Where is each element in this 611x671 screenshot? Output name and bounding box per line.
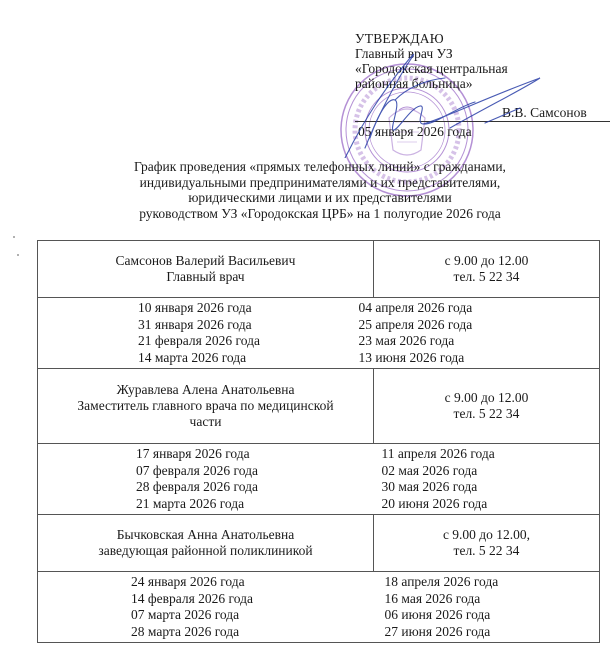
date-item: 27 июня 2026 года — [385, 624, 600, 641]
person-cell: Журавлева Алена Анатольевна Заместитель … — [38, 369, 374, 444]
document-title: График проведения «прямых телефонных лин… — [60, 159, 580, 221]
table-row: Журавлева Алена Анатольевна Заместитель … — [38, 369, 600, 444]
dates-column-left: 10 января 2026 года 31 января 2026 года … — [38, 300, 319, 366]
call-hours: с 9.00 до 12.00 — [374, 390, 599, 406]
date-item: 17 января 2026 года — [136, 446, 319, 463]
person-cell: Самсонов Валерий Васильевич Главный врач — [38, 241, 374, 298]
table-row: Самсонов Валерий Васильевич Главный врач… — [38, 241, 600, 298]
title-line: юридическими лицами и их представителями — [60, 190, 580, 206]
dates-column-right: 04 апреля 2026 года 25 апреля 2026 года … — [319, 300, 600, 366]
table-row: 17 января 2026 года 07 февраля 2026 года… — [38, 444, 600, 515]
title-line: индивидуальными предпринимателями и их п… — [60, 175, 580, 191]
scan-speck — [13, 236, 15, 238]
date-item: 28 марта 2026 года — [131, 624, 319, 641]
date-item: 28 февраля 2026 года — [136, 479, 319, 496]
phone-number: тел. 5 22 34 — [374, 543, 599, 559]
date-item: 25 апреля 2026 года — [359, 317, 600, 334]
person-name: Журавлева Алена Анатольевна — [38, 382, 373, 398]
table-row: 10 января 2026 года 31 января 2026 года … — [38, 298, 600, 369]
date-item: 13 июня 2026 года — [359, 350, 600, 367]
approval-line: Главный врач УЗ — [355, 46, 508, 61]
approval-date: 05 января 2026 года — [358, 124, 472, 139]
title-line: руководством УЗ «Городокская ЦРБ» на 1 п… — [60, 206, 580, 222]
approval-heading: УТВЕРЖДАЮ — [355, 31, 508, 46]
date-item: 24 января 2026 года — [131, 574, 319, 591]
date-item: 21 марта 2026 года — [136, 496, 319, 513]
date-item: 21 февраля 2026 года — [138, 333, 319, 350]
date-item: 06 июня 2026 года — [385, 607, 600, 624]
date-item: 11 апреля 2026 года — [382, 446, 600, 463]
dates-cell: 17 января 2026 года 07 февраля 2026 года… — [38, 444, 600, 515]
dates-cell: 10 января 2026 года 31 января 2026 года … — [38, 298, 600, 369]
dates-column-right: 11 апреля 2026 года 02 мая 2026 года 30 … — [319, 446, 600, 512]
dates-column-right: 18 апреля 2026 года 16 мая 2026 года 06 … — [319, 574, 600, 640]
date-item: 02 мая 2026 года — [382, 463, 600, 480]
person-cell: Бычковская Анна Анатольевна заведующая р… — [38, 515, 374, 572]
signature-line — [355, 121, 610, 122]
schedule-table: Самсонов Валерий Васильевич Главный врач… — [37, 240, 600, 643]
approval-line: «Городокская центральная — [355, 61, 508, 76]
date-item: 20 июня 2026 года — [382, 496, 600, 513]
date-item: 14 марта 2026 года — [138, 350, 319, 367]
date-item: 18 апреля 2026 года — [385, 574, 600, 591]
date-item: 23 мая 2026 года — [359, 333, 600, 350]
approval-block: УТВЕРЖДАЮ Главный врач УЗ «Городокская ц… — [355, 31, 508, 91]
date-item: 10 января 2026 года — [138, 300, 319, 317]
signer-name: В.В. Самсонов — [502, 105, 587, 120]
scan-speck — [17, 254, 19, 256]
date-item: 07 марта 2026 года — [131, 607, 319, 624]
person-position: Главный врач — [38, 269, 373, 285]
approval-line: районная больница» — [355, 76, 508, 91]
person-position: заведующая районной поликлиникой — [38, 543, 373, 559]
contact-cell: с 9.00 до 12.00 тел. 5 22 34 — [374, 369, 600, 444]
date-item: 31 января 2026 года — [138, 317, 319, 334]
date-item: 07 февраля 2026 года — [136, 463, 319, 480]
date-item: 14 февраля 2026 года — [131, 591, 319, 608]
dates-column-left: 24 января 2026 года 14 февраля 2026 года… — [38, 574, 319, 640]
title-line: График проведения «прямых телефонных лин… — [60, 159, 580, 175]
call-hours: с 9.00 до 12.00, — [374, 527, 599, 543]
table-row: Бычковская Анна Анатольевна заведующая р… — [38, 515, 600, 572]
date-item: 04 апреля 2026 года — [359, 300, 600, 317]
phone-number: тел. 5 22 34 — [374, 406, 599, 422]
call-hours: с 9.00 до 12.00 — [374, 253, 599, 269]
contact-cell: с 9.00 до 12.00, тел. 5 22 34 — [374, 515, 600, 572]
person-name: Бычковская Анна Анатольевна — [38, 527, 373, 543]
dates-cell: 24 января 2026 года 14 февраля 2026 года… — [38, 572, 600, 643]
date-item: 30 мая 2026 года — [382, 479, 600, 496]
person-position: Заместитель главного врача по медицинско… — [38, 398, 373, 430]
table-row: 24 января 2026 года 14 февраля 2026 года… — [38, 572, 600, 643]
person-name: Самсонов Валерий Васильевич — [38, 253, 373, 269]
dates-column-left: 17 января 2026 года 07 февраля 2026 года… — [38, 446, 319, 512]
contact-cell: с 9.00 до 12.00 тел. 5 22 34 — [374, 241, 600, 298]
phone-number: тел. 5 22 34 — [374, 269, 599, 285]
date-item: 16 мая 2026 года — [385, 591, 600, 608]
